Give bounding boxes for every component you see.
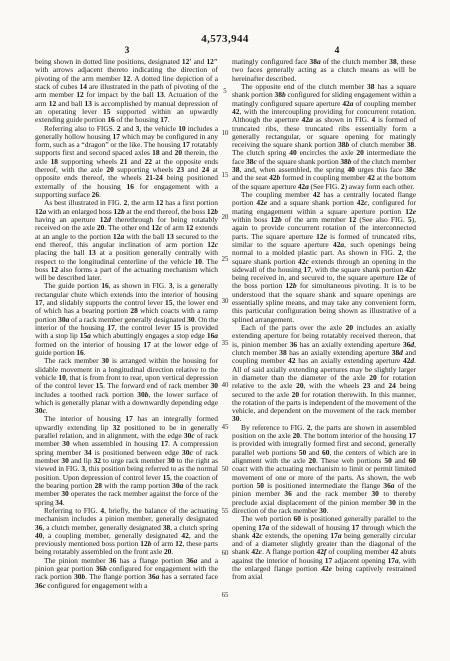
- column-number-right: 4: [335, 46, 340, 56]
- patent-text-block: being shown in dotted line positions, de…: [35, 58, 416, 590]
- line-number: 65: [218, 592, 232, 599]
- line-number: 30: [218, 298, 232, 305]
- paragraph: The rack member 30 is arranged within th…: [35, 357, 218, 415]
- paragraph: The coupling member 42 has a centrally l…: [232, 191, 416, 324]
- line-number: 55: [218, 508, 232, 515]
- line-number: 5: [218, 88, 232, 95]
- line-number: 50: [218, 466, 232, 473]
- line-number-gutter: 5 10 15 20 25 30 35 40 45 50 55 60 65: [218, 58, 232, 590]
- column-number-left: 3: [125, 46, 130, 56]
- line-number: 35: [218, 340, 232, 347]
- paragraph: The opposite end of the clutch member 38…: [232, 83, 416, 191]
- paragraph: As best illustrated in FIG. 2, the arm 1…: [35, 199, 218, 282]
- paragraph: The interior of housing 17 has an integr…: [35, 415, 218, 506]
- paragraph: matingly configured face 38a of the clut…: [232, 58, 416, 83]
- line-number: 20: [218, 214, 232, 221]
- paragraph: By reference to FIG. 2, the parts are sh…: [232, 424, 416, 515]
- line-number: 15: [218, 172, 232, 179]
- line-number: 40: [218, 382, 232, 389]
- patent-number: 4,573,944: [201, 33, 249, 45]
- paragraph: Referring to FIG. 4, briefly, the balanc…: [35, 507, 218, 557]
- line-number: 10: [218, 130, 232, 137]
- line-number: 25: [218, 256, 232, 263]
- patent-page: 4,573,944 3 4 being shown in dotted line…: [0, 0, 450, 661]
- paragraph: being shown in dotted line positions, de…: [35, 58, 218, 125]
- paragraph: Referring also to FIGS. 2 and 3, the veh…: [35, 125, 218, 200]
- paragraph: The guide portion 16, as shown in FIG. 3…: [35, 282, 218, 357]
- column-left: being shown in dotted line positions, de…: [35, 58, 218, 590]
- paragraph: Each of the parts over the axle 20 inclu…: [232, 324, 416, 424]
- paragraph: The web portion 60 is positioned general…: [232, 515, 416, 582]
- line-number: 45: [218, 424, 232, 431]
- column-right: matingly configured face 38a of the clut…: [232, 58, 416, 590]
- line-number: 60: [218, 550, 232, 557]
- paragraph: The pinion member 36 has a flange portio…: [35, 557, 218, 590]
